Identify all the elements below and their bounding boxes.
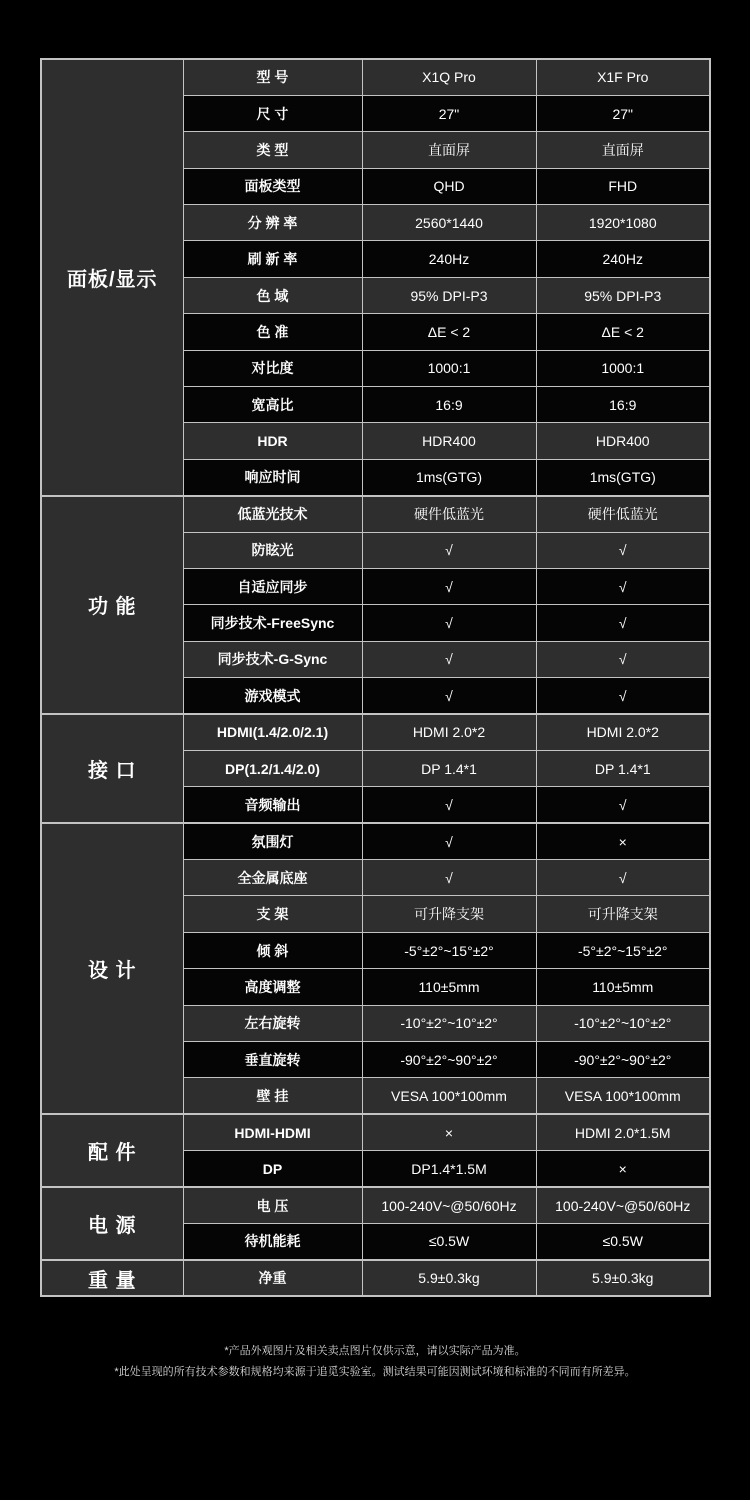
spec-value-cell-x1q-pro: 2560*1440 <box>362 205 536 241</box>
spec-value-cell-x1q-pro: 16:9 <box>362 387 536 423</box>
spec-label-cell: 同步技术-FreeSync <box>183 605 362 641</box>
spec-value-cell-x1f-pro: 16:9 <box>536 387 710 423</box>
spec-value-cell-x1q-pro: -90°±2°~90°±2° <box>362 1042 536 1078</box>
spec-value-cell-x1f-pro: √ <box>536 787 710 823</box>
spec-label-cell: 面板类型 <box>183 168 362 204</box>
spec-value-cell-x1f-pro: 95% DPI-P3 <box>536 277 710 313</box>
spec-label-cell: 音频输出 <box>183 787 362 823</box>
spec-value-cell-x1q-pro: 1ms(GTG) <box>362 459 536 495</box>
disclaimer-line-2: *此处呈现的所有技术参数和规格均来源于追觅实验室。测试结果可能因测试环境和标准的… <box>0 1362 750 1383</box>
spec-label-cell: 电 压 <box>183 1187 362 1223</box>
spec-value-cell-x1q-pro: DP1.4*1.5M <box>362 1151 536 1187</box>
spec-value-cell-x1f-pro: -5°±2°~15°±2° <box>536 932 710 968</box>
spec-value-cell-x1q-pro: √ <box>362 641 536 677</box>
category-cell: 功 能 <box>41 496 183 714</box>
spec-value-cell-x1f-pro: X1F Pro <box>536 59 710 95</box>
category-cell: 配 件 <box>41 1114 183 1187</box>
table-row: 面板/显示型 号X1Q ProX1F Pro <box>41 59 710 95</box>
spec-value-cell-x1q-pro: X1Q Pro <box>362 59 536 95</box>
spec-label-cell: HDR <box>183 423 362 459</box>
spec-label-cell: 刷 新 率 <box>183 241 362 277</box>
spec-label-cell: 游戏模式 <box>183 678 362 714</box>
spec-label-cell: 倾 斜 <box>183 932 362 968</box>
spec-label-cell: 色 准 <box>183 314 362 350</box>
spec-value-cell-x1q-pro: HDMI 2.0*2 <box>362 714 536 750</box>
spec-value-cell-x1q-pro: √ <box>362 860 536 896</box>
spec-value-cell-x1f-pro: 硬件低蓝光 <box>536 496 710 532</box>
table-row: 配 件HDMI-HDMI×HDMI 2.0*1.5M <box>41 1114 710 1150</box>
spec-comparison-table: 面板/显示型 号X1Q ProX1F Pro尺 寸27"27"类 型直面屏直面屏… <box>40 58 709 1297</box>
spec-value-cell-x1f-pro: 240Hz <box>536 241 710 277</box>
spec-value-cell-x1q-pro: ≤0.5W <box>362 1224 536 1260</box>
spec-label-cell: 待机能耗 <box>183 1224 362 1260</box>
spec-label-cell: 色 域 <box>183 277 362 313</box>
spec-value-cell-x1q-pro: QHD <box>362 168 536 204</box>
spec-value-cell-x1f-pro: ΔE < 2 <box>536 314 710 350</box>
spec-label-cell: 响应时间 <box>183 459 362 495</box>
table-row: 设 计氛围灯√× <box>41 823 710 859</box>
spec-value-cell-x1q-pro: √ <box>362 678 536 714</box>
spec-value-cell-x1q-pro: 可升降支架 <box>362 896 536 932</box>
spec-value-cell-x1f-pro: VESA 100*100mm <box>536 1078 710 1114</box>
category-cell: 面板/显示 <box>41 59 183 496</box>
spec-value-cell-x1f-pro: 100-240V~@50/60Hz <box>536 1187 710 1223</box>
spec-value-cell-x1f-pro: 1000:1 <box>536 350 710 386</box>
spec-label-cell: 尺 寸 <box>183 95 362 131</box>
spec-label-cell: 全金属底座 <box>183 860 362 896</box>
table-row: 功 能低蓝光技术硬件低蓝光硬件低蓝光 <box>41 496 710 532</box>
spec-value-cell-x1f-pro: HDMI 2.0*1.5M <box>536 1114 710 1150</box>
spec-label-cell: 自适应同步 <box>183 568 362 604</box>
spec-value-cell-x1f-pro: √ <box>536 568 710 604</box>
spec-label-cell: DP <box>183 1151 362 1187</box>
spec-value-cell-x1f-pro: √ <box>536 678 710 714</box>
spec-label-cell: 垂直旋转 <box>183 1042 362 1078</box>
spec-value-cell-x1f-pro: √ <box>536 860 710 896</box>
spec-value-cell-x1f-pro: 可升降支架 <box>536 896 710 932</box>
spec-value-cell-x1f-pro: √ <box>536 605 710 641</box>
spec-label-cell: 同步技术-G-Sync <box>183 641 362 677</box>
spec-value-cell-x1q-pro: √ <box>362 787 536 823</box>
category-cell: 接 口 <box>41 714 183 823</box>
category-cell: 重 量 <box>41 1260 183 1296</box>
spec-value-cell-x1f-pro: √ <box>536 641 710 677</box>
spec-value-cell-x1f-pro: ≤0.5W <box>536 1224 710 1260</box>
spec-value-cell-x1q-pro: HDR400 <box>362 423 536 459</box>
spec-label-cell: 对比度 <box>183 350 362 386</box>
category-cell: 电 源 <box>41 1187 183 1260</box>
spec-value-cell-x1q-pro: × <box>362 1114 536 1150</box>
spec-value-cell-x1q-pro: √ <box>362 532 536 568</box>
spec-label-cell: 宽高比 <box>183 387 362 423</box>
spec-label-cell: DP(1.2/1.4/2.0) <box>183 750 362 786</box>
spec-value-cell-x1q-pro: VESA 100*100mm <box>362 1078 536 1114</box>
spec-label-cell: 高度调整 <box>183 969 362 1005</box>
table-row: 重 量净重5.9±0.3kg5.9±0.3kg <box>41 1260 710 1296</box>
spec-value-cell-x1f-pro: FHD <box>536 168 710 204</box>
spec-value-cell-x1q-pro: 直面屏 <box>362 132 536 168</box>
spec-value-cell-x1q-pro: 27" <box>362 95 536 131</box>
spec-label-cell: 分 辨 率 <box>183 205 362 241</box>
spec-value-cell-x1f-pro: 110±5mm <box>536 969 710 1005</box>
spec-table: 面板/显示型 号X1Q ProX1F Pro尺 寸27"27"类 型直面屏直面屏… <box>40 58 711 1297</box>
spec-value-cell-x1f-pro: 1920*1080 <box>536 205 710 241</box>
spec-value-cell-x1f-pro: × <box>536 1151 710 1187</box>
spec-value-cell-x1f-pro: 直面屏 <box>536 132 710 168</box>
spec-value-cell-x1f-pro: 5.9±0.3kg <box>536 1260 710 1296</box>
spec-value-cell-x1f-pro: √ <box>536 532 710 568</box>
spec-value-cell-x1q-pro: DP 1.4*1 <box>362 750 536 786</box>
table-row: 电 源电 压100-240V~@50/60Hz100-240V~@50/60Hz <box>41 1187 710 1223</box>
spec-table-body: 面板/显示型 号X1Q ProX1F Pro尺 寸27"27"类 型直面屏直面屏… <box>41 59 710 1296</box>
spec-label-cell: 型 号 <box>183 59 362 95</box>
spec-value-cell-x1q-pro: 240Hz <box>362 241 536 277</box>
table-row: 接 口HDMI(1.4/2.0/2.1)HDMI 2.0*2HDMI 2.0*2 <box>41 714 710 750</box>
spec-value-cell-x1f-pro: -10°±2°~10°±2° <box>536 1005 710 1041</box>
spec-value-cell-x1q-pro: ΔE < 2 <box>362 314 536 350</box>
spec-value-cell-x1f-pro: DP 1.4*1 <box>536 750 710 786</box>
disclaimer-footer: *产品外观图片及相关卖点图片仅供示意，请以实际产品为准。 *此处呈现的所有技术参… <box>0 1341 750 1383</box>
spec-value-cell-x1q-pro: 1000:1 <box>362 350 536 386</box>
spec-value-cell-x1f-pro: 1ms(GTG) <box>536 459 710 495</box>
page-background: { "colors": { "page_bg": "#000000", "row… <box>0 0 750 1500</box>
spec-value-cell-x1q-pro: 硬件低蓝光 <box>362 496 536 532</box>
disclaimer-line-1: *产品外观图片及相关卖点图片仅供示意，请以实际产品为准。 <box>0 1341 750 1362</box>
spec-value-cell-x1q-pro: √ <box>362 823 536 859</box>
spec-value-cell-x1q-pro: -5°±2°~15°±2° <box>362 932 536 968</box>
spec-value-cell-x1f-pro: × <box>536 823 710 859</box>
spec-value-cell-x1q-pro: 110±5mm <box>362 969 536 1005</box>
spec-value-cell-x1q-pro: √ <box>362 605 536 641</box>
spec-value-cell-x1q-pro: 5.9±0.3kg <box>362 1260 536 1296</box>
spec-value-cell-x1q-pro: 100-240V~@50/60Hz <box>362 1187 536 1223</box>
spec-label-cell: 类 型 <box>183 132 362 168</box>
spec-label-cell: HDMI-HDMI <box>183 1114 362 1150</box>
spec-value-cell-x1q-pro: √ <box>362 568 536 604</box>
spec-value-cell-x1f-pro: -90°±2°~90°±2° <box>536 1042 710 1078</box>
spec-value-cell-x1f-pro: HDMI 2.0*2 <box>536 714 710 750</box>
spec-label-cell: 壁 挂 <box>183 1078 362 1114</box>
spec-value-cell-x1f-pro: 27" <box>536 95 710 131</box>
spec-label-cell: 支 架 <box>183 896 362 932</box>
spec-value-cell-x1q-pro: -10°±2°~10°±2° <box>362 1005 536 1041</box>
spec-label-cell: HDMI(1.4/2.0/2.1) <box>183 714 362 750</box>
spec-label-cell: 低蓝光技术 <box>183 496 362 532</box>
spec-label-cell: 氛围灯 <box>183 823 362 859</box>
spec-value-cell-x1f-pro: HDR400 <box>536 423 710 459</box>
spec-value-cell-x1q-pro: 95% DPI-P3 <box>362 277 536 313</box>
spec-label-cell: 净重 <box>183 1260 362 1296</box>
category-cell: 设 计 <box>41 823 183 1114</box>
spec-label-cell: 左右旋转 <box>183 1005 362 1041</box>
spec-label-cell: 防眩光 <box>183 532 362 568</box>
